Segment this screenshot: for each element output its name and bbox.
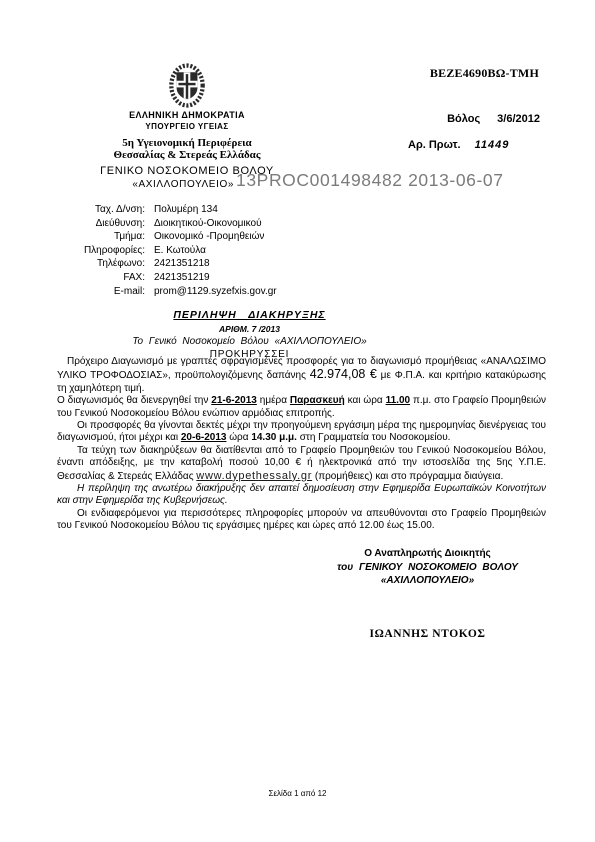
contact-label: Διεύθυνση: bbox=[57, 217, 145, 231]
website-link[interactable]: www.dypethessaly.gr bbox=[196, 470, 312, 482]
contact-value: Ε. Κωτούλα bbox=[154, 244, 206, 258]
paragraph-documents-availability: Τα τεύχη των διακηρύξεων θα διατίθενται … bbox=[57, 445, 546, 483]
contact-label: FAX: bbox=[57, 271, 145, 285]
contact-value: Πολυμέρη 134 bbox=[154, 203, 218, 217]
summary-title: ΠΕΡΙΛΗΨΗ ΔΙΑΚΗΡΥΞΗΣ bbox=[57, 309, 442, 321]
signatory-org: ΓΕΝΙΚΟΥ ΝΟΣΟΚΟΜΕΙΟ ΒΟΛΟΥ bbox=[359, 562, 518, 573]
paragraph-tender-subject: Πρόχειρο Διαγωνισμό με γραπτές σφραγισμέ… bbox=[57, 356, 546, 395]
tender-number: ΑΡΙΘΜ. 7 /2013 bbox=[57, 324, 442, 334]
deadline-time: 14.30 μ.μ. bbox=[251, 432, 297, 443]
contact-label: Πληροφορίες: bbox=[57, 244, 145, 258]
paragraph-text: και ώρα bbox=[345, 395, 386, 406]
contact-label: Τμήμα: bbox=[57, 230, 145, 244]
health-region-line1: 5η Υγειονομική Περιφέρεια bbox=[57, 137, 317, 149]
contact-row-directorate: Διεύθυνση: Διοικητικού-Οικονομικού bbox=[57, 217, 277, 231]
contact-value: Οικονομικό -Προμηθειών bbox=[154, 230, 264, 244]
contact-value: 2421351219 bbox=[154, 271, 210, 285]
body-text: Πρόχειρο Διαγωνισμό με γραπτές σφραγισμέ… bbox=[57, 356, 546, 533]
contact-label: E-mail: bbox=[57, 285, 145, 299]
signatory-name: ΙΩΑΝΝΗΣ ΝΤΟΚΟΣ bbox=[305, 628, 550, 640]
protocol-number-label: Αρ. Πρωτ. bbox=[408, 139, 461, 151]
contact-label: Ταχ. Δ/νση: bbox=[57, 203, 145, 217]
contact-details: Ταχ. Δ/νση: Πολυμέρη 134 Διεύθυνση: Διοι… bbox=[57, 203, 277, 298]
paragraph-tender-date: Ο διαγωνισμός θα διενεργηθεί την 21-6-20… bbox=[57, 395, 546, 420]
tender-date: 21-6-2013 bbox=[211, 395, 257, 406]
title-block: ΠΕΡΙΛΗΨΗ ΔΙΑΚΗΡΥΞΗΣ ΑΡΙΘΜ. 7 /2013 Το Γε… bbox=[57, 309, 442, 360]
paragraph-more-info: Οι ενδιαφερόμενοι για περισσότερες πληρο… bbox=[57, 508, 546, 533]
signatory-org-line: του ΓΕΝΙΚΟΥ ΝΟΣΟΚΟΜΕΙΟ ΒΟΛΟΥ bbox=[305, 562, 550, 573]
signature-block: Ο Αναπληρωτής Διοικητής του ΓΕΝΙΚΟΥ ΝΟΣΟ… bbox=[305, 548, 550, 640]
signatory-org-prefix: του bbox=[337, 562, 353, 573]
contact-row-department: Τμήμα: Οικονομικό -Προμηθειών bbox=[57, 230, 277, 244]
hospital-subname: «ΑΧΙΛΛΟΠΟΥΛΕΙΟ» bbox=[57, 179, 234, 190]
contact-row-email: E-mail: prom@1129.syzefxis.gov.gr bbox=[57, 285, 277, 299]
contact-value: prom@1129.syzefxis.gov.gr bbox=[154, 285, 277, 299]
issuer-line: Το Γενικό Νοσοκομείο Βόλου «ΑΧΙΛΛΟΠΟΥΛΕΙ… bbox=[57, 336, 442, 347]
contact-label: Τηλέφωνο: bbox=[57, 257, 145, 271]
protocol-block: Βόλος 3/6/2012 Αρ. Πρωτ. 11449 bbox=[408, 113, 540, 151]
contact-row-phone: Τηλέφωνο: 2421351218 bbox=[57, 257, 277, 271]
paragraph-text: ώρα bbox=[226, 432, 251, 443]
contact-row-fax: FAX: 2421351219 bbox=[57, 271, 277, 285]
protocol-city: Βόλος bbox=[447, 113, 480, 125]
protocol-number-value: 11449 bbox=[475, 139, 510, 151]
protocol-date: 3/6/2012 bbox=[497, 113, 540, 125]
republic-title: ΕΛΛΗΝΙΚΗ ΔΗΜΟΚΡΑΤΙΑ bbox=[57, 110, 317, 120]
contact-value: 2421351218 bbox=[154, 257, 210, 271]
contact-row-address: Ταχ. Δ/νση: Πολυμέρη 134 bbox=[57, 203, 277, 217]
letterhead: ΕΛΛΗΝΙΚΗ ΔΗΜΟΚΡΑΤΙΑ ΥΠΟΥΡΓΕΙΟ ΥΓΕΙΑΣ 5η … bbox=[57, 110, 317, 161]
signatory-title: Ο Αναπληρωτής Διοικητής bbox=[305, 548, 550, 559]
paragraph-text: Ο διαγωνισμός θα διενεργηθεί την bbox=[57, 395, 211, 406]
paragraph-text: ημέρα bbox=[257, 395, 290, 406]
paragraph-offers-deadline: Οι προσφορές θα γίνονται δεκτές μέχρι τη… bbox=[57, 420, 546, 445]
contact-value: Διοικητικού-Οικονομικού bbox=[154, 217, 262, 231]
contact-row-information: Πληροφορίες: Ε. Κωτούλα bbox=[57, 244, 277, 258]
budget-amount: 42.974,08 € bbox=[310, 367, 377, 381]
greek-emblem-icon bbox=[168, 62, 206, 109]
paragraph-publication-note: Η περίληψη της ανωτέρω διακήρυξης δεν απ… bbox=[57, 483, 546, 508]
page-number-footer: Σελίδα 1 από 12 bbox=[0, 789, 595, 798]
deadline-date: 20-6-2013 bbox=[181, 432, 227, 443]
tender-time: 11.00 bbox=[386, 395, 410, 406]
document-page: ΒΕΖΕ4690ΒΩ-ΤΜΗ ΕΛΛΗΝΙΚΗ ΔΗΜΟΚΡΑΤΙΑ ΥΠΟΥΡ… bbox=[0, 0, 595, 842]
health-region-line2: Θεσσαλίας & Στερεάς Ελλάδας bbox=[57, 149, 317, 161]
tender-day: Παρασκευή bbox=[290, 395, 345, 406]
signatory-org-subname: «ΑΧΙΛΛΟΠΟΥΛΕΙΟ» bbox=[305, 575, 550, 586]
ada-code: ΒΕΖΕ4690ΒΩ-ΤΜΗ bbox=[430, 66, 539, 81]
ministry-title: ΥΠΟΥΡΓΕΙΟ ΥΓΕΙΑΣ bbox=[57, 122, 317, 131]
paragraph-text: (προμήθειες) και στο πρόγραμμα διαύγεια. bbox=[312, 471, 503, 482]
proc-registry-stamp: 13PROC001498482 2013-06-07 bbox=[236, 170, 504, 191]
paragraph-text: στη Γραμματεία του Νοσοκομείου. bbox=[297, 432, 451, 443]
